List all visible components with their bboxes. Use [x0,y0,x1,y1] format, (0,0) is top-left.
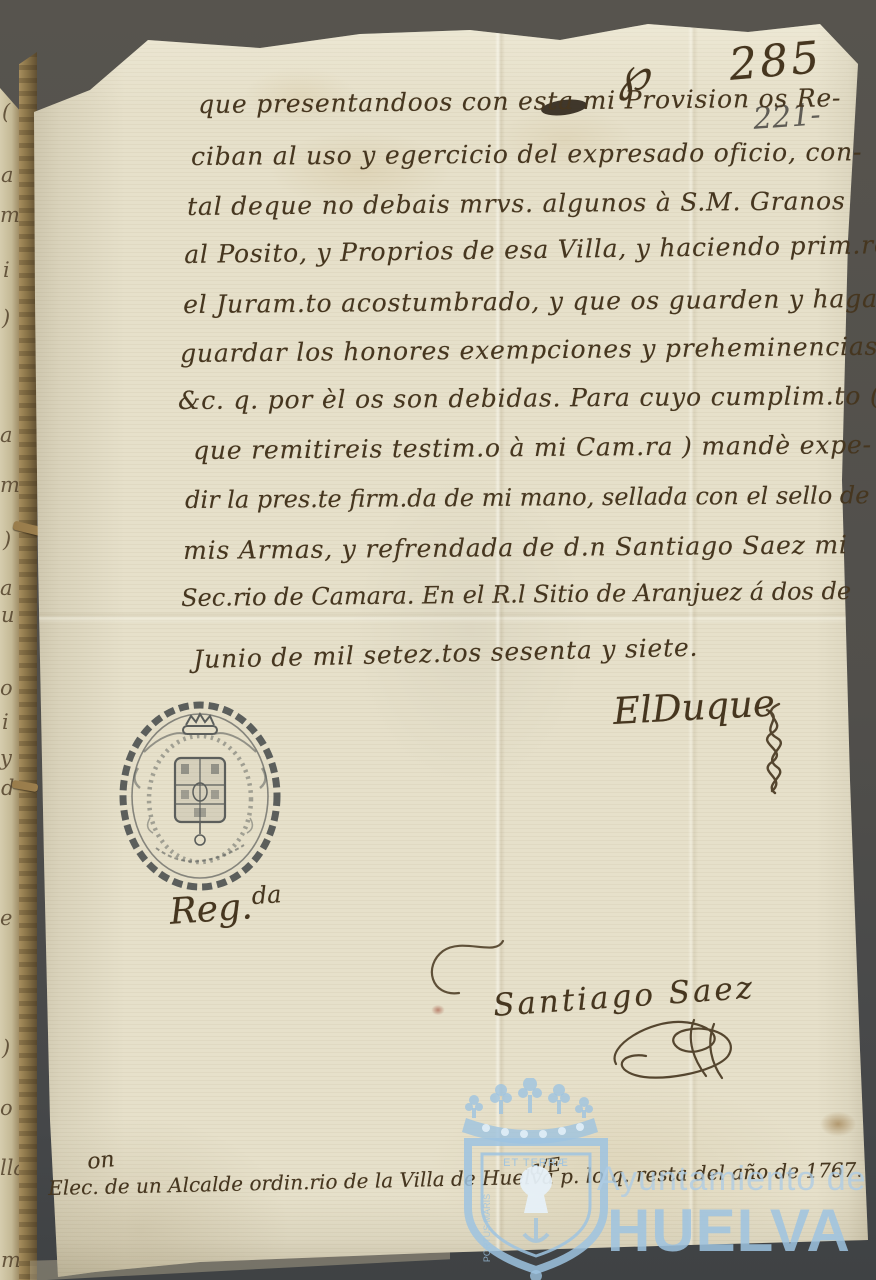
signature-rubric [598,1012,748,1087]
margin-text-fragment: u [1,603,15,627]
margin-text-fragment: ) [2,1036,10,1060]
margin-text-fragment: m [0,473,20,497]
manuscript-line: &c. q. por èl os son debidas. Para cuyo … [178,381,876,415]
docket-insertion-mark: a/E [528,1154,562,1180]
margin-text-fragment: a [0,576,13,600]
manuscript-line: el Juram.to acostumbrado, y que os guard… [183,284,876,319]
margin-text-fragment: m [0,203,20,227]
shield-pendant [530,1270,542,1280]
binding-edge [19,52,37,1280]
royal-seal-stamp [116,698,284,894]
margin-text-fragment: o [0,676,13,700]
folio-number: 285 [727,32,824,91]
margin-text-fragment: a [0,423,13,447]
margin-text-fragment: y [0,746,12,770]
margin-text-fragment: ( [2,100,10,124]
manuscript-line: tal deque no debais mrvs. algunos à S.M.… [187,186,846,221]
seal-registration-note: Reg.da [168,880,283,933]
margin-text-fragment: e [0,906,12,930]
facing-page-edge: ( a m i ) a m ) a u o i y d e ) o lla m [0,88,21,1280]
margin-text-fragment: i [2,710,9,734]
margin-text-fragment: ) [2,306,10,330]
margin-text-fragment: a [1,163,14,187]
scanned-manuscript-photo: ( a m i ) a m ) a u o i y d e ) o lla m … [0,0,876,1280]
margin-text-fragment: m [1,1248,21,1272]
margin-text-fragment: ) [3,528,11,552]
docket-superscript: on [86,1147,116,1175]
manuscript-line: mis Armas, y refrendada de d.n Santiago … [183,530,848,565]
signature-rubric [745,700,797,800]
margin-text-fragment: i [3,258,10,282]
manuscript-line: que remitireis testim.o à mi Cam.ra ) ma… [193,430,872,465]
manuscript-line: ciban al uso y egercicio del expresado o… [191,137,862,171]
seal-note-text: Reg. [168,886,254,933]
margin-text-fragment: d [1,776,14,800]
seal-note-superscript: da [251,880,283,910]
margin-text-fragment: o [0,1096,13,1120]
manuscript-line: dir la pres.te firm.da de mi mano, sella… [185,481,870,514]
